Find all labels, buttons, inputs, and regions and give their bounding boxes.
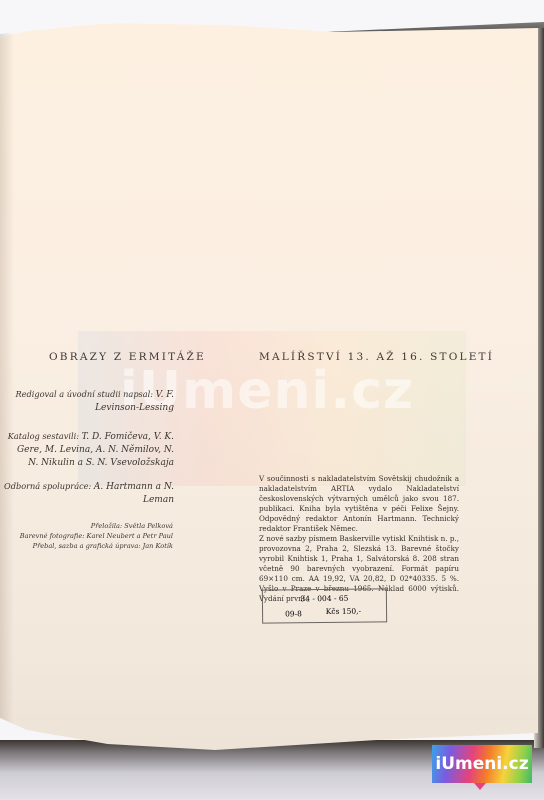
- book-page: iUmeni.cz OBRAZY Z ERMITÁŽE MALÍŘSTVÍ 13…: [0, 18, 538, 763]
- credit-catalog-label: Katalog sestavili:: [8, 431, 79, 441]
- credit-collaboration: Odborná spolupráce: A. Hartmann a N. Lem…: [4, 480, 174, 506]
- price-box: 34 - 004 - 65 09-8 Kčs 150,-: [262, 588, 387, 623]
- book-title: OBRAZY Z ERMITÁŽE: [49, 351, 206, 363]
- imprint-paragraph-1: V součinnosti s nakladatelstvím Sovětski…: [259, 474, 459, 534]
- credit-collaboration-value: A. Hartmann a N. Leman: [94, 482, 174, 505]
- logo-text: iUmeni.cz: [435, 754, 528, 774]
- catalog-code: 34 - 004 - 65: [263, 593, 386, 603]
- iumeni-logo[interactable]: iUmeni.cz: [432, 745, 532, 783]
- credit-translator: Přeložila: Světla Pelková: [0, 522, 173, 532]
- credit-editor: Redigoval a úvodní studii napsal: V. F. …: [4, 388, 174, 414]
- credit-design: Přebal, sazba a grafická úprava: Jan Kot…: [0, 542, 173, 552]
- credit-catalog: Katalog sestavili: T. D. Fomičeva, V. K.…: [4, 430, 174, 469]
- credit-photos: Barevné fotografie: Karel Neubert a Petr…: [0, 532, 173, 542]
- volume-title: MALÍŘSTVÍ 13. AŽ 16. STOLETÍ: [259, 351, 494, 363]
- credit-editor-label: Redigoval a úvodní studii napsal:: [16, 389, 154, 399]
- price: Kčs 150,-: [326, 607, 361, 616]
- credit-collaboration-label: Odborná spolupráce:: [4, 481, 91, 491]
- group-code: 09-8: [285, 609, 302, 618]
